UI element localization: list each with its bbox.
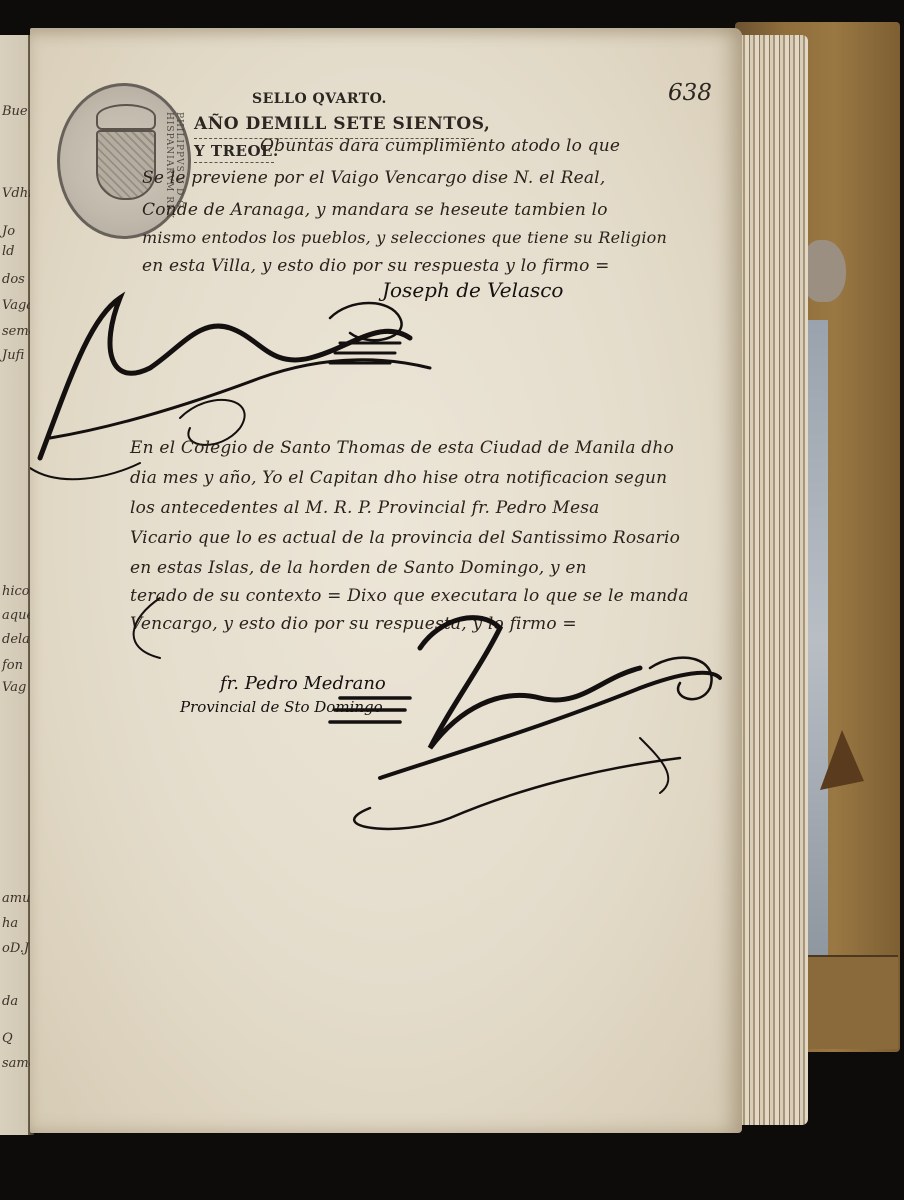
previous-page-edge: Bue Vdhio Jo ld dos Vaga semo Jufi hicos… [0,35,34,1135]
fragment: Bue [2,103,28,120]
fragment: ha [2,915,18,932]
entry1-line3: Conde de Aranaga, y mandara se heseute t… [142,200,608,220]
fragment: dos [2,271,25,288]
entry2-line7: Vencargo, y esto dio por su respuesta, y… [130,614,577,634]
stamp-line-1: SELLO QVARTO. [252,91,387,107]
fragment: Jufi [2,347,24,364]
entry1-line2: Se le previene por el Vaigo Vencargo dis… [142,168,605,188]
signature-pedro-medrano: fr. Pedro Medrano [220,673,386,694]
coat-of-arms-icon [96,130,156,200]
entry1-line5: en esta Villa, y esto dio por su respues… [142,256,610,276]
fragment: dela [2,631,30,648]
cover-tie [802,240,846,302]
fragment: Vag [2,679,26,696]
entry2-line1: En el Colegio de Santo Thomas de esta Ci… [130,438,674,458]
fragment: Q [2,1030,13,1047]
entry1-line1: Obuntas dara cumplimiento atodo lo que [260,136,620,156]
cover-fold [808,955,898,1049]
fragment: da [2,993,18,1010]
fragment: Jo [2,223,15,240]
entry2-line4: Vicario que lo es actual de la provincia… [130,528,680,548]
entry2-line5: en estas Islas, de la horden de Santo Do… [130,558,587,578]
stamp-line-2: AÑO DEMILL SETE SIENTOS, [194,114,490,134]
entry1-line4: mismo entodos los pueblos, y selecciones… [142,228,667,247]
signature-title: Provincial de Sto Domingo [180,698,383,716]
divider [194,162,274,163]
folio-number: 638 [668,80,712,106]
crown-icon [96,104,156,130]
signature-joseph-de-velasco: Joseph de Velasco [382,278,563,302]
entry2-line6: terado de su contexto = Dixo que executa… [130,586,689,606]
fragment: fon [2,657,23,674]
fragment: ld [2,243,14,260]
entry2-line2: dia mes y año, Yo el Capitan dho hise ot… [130,468,667,488]
document-photo: Bue Vdhio Jo ld dos Vaga semo Jufi hicos… [0,0,904,1200]
fragment: oD.J [2,940,29,957]
fragment: amu [2,890,30,907]
entry2-line3: los antecedentes al M. R. P. Provincial … [130,498,599,518]
manuscript-page: 638 PHILIPPVS V D G HISPANIARVM REX SELL… [30,28,742,1133]
